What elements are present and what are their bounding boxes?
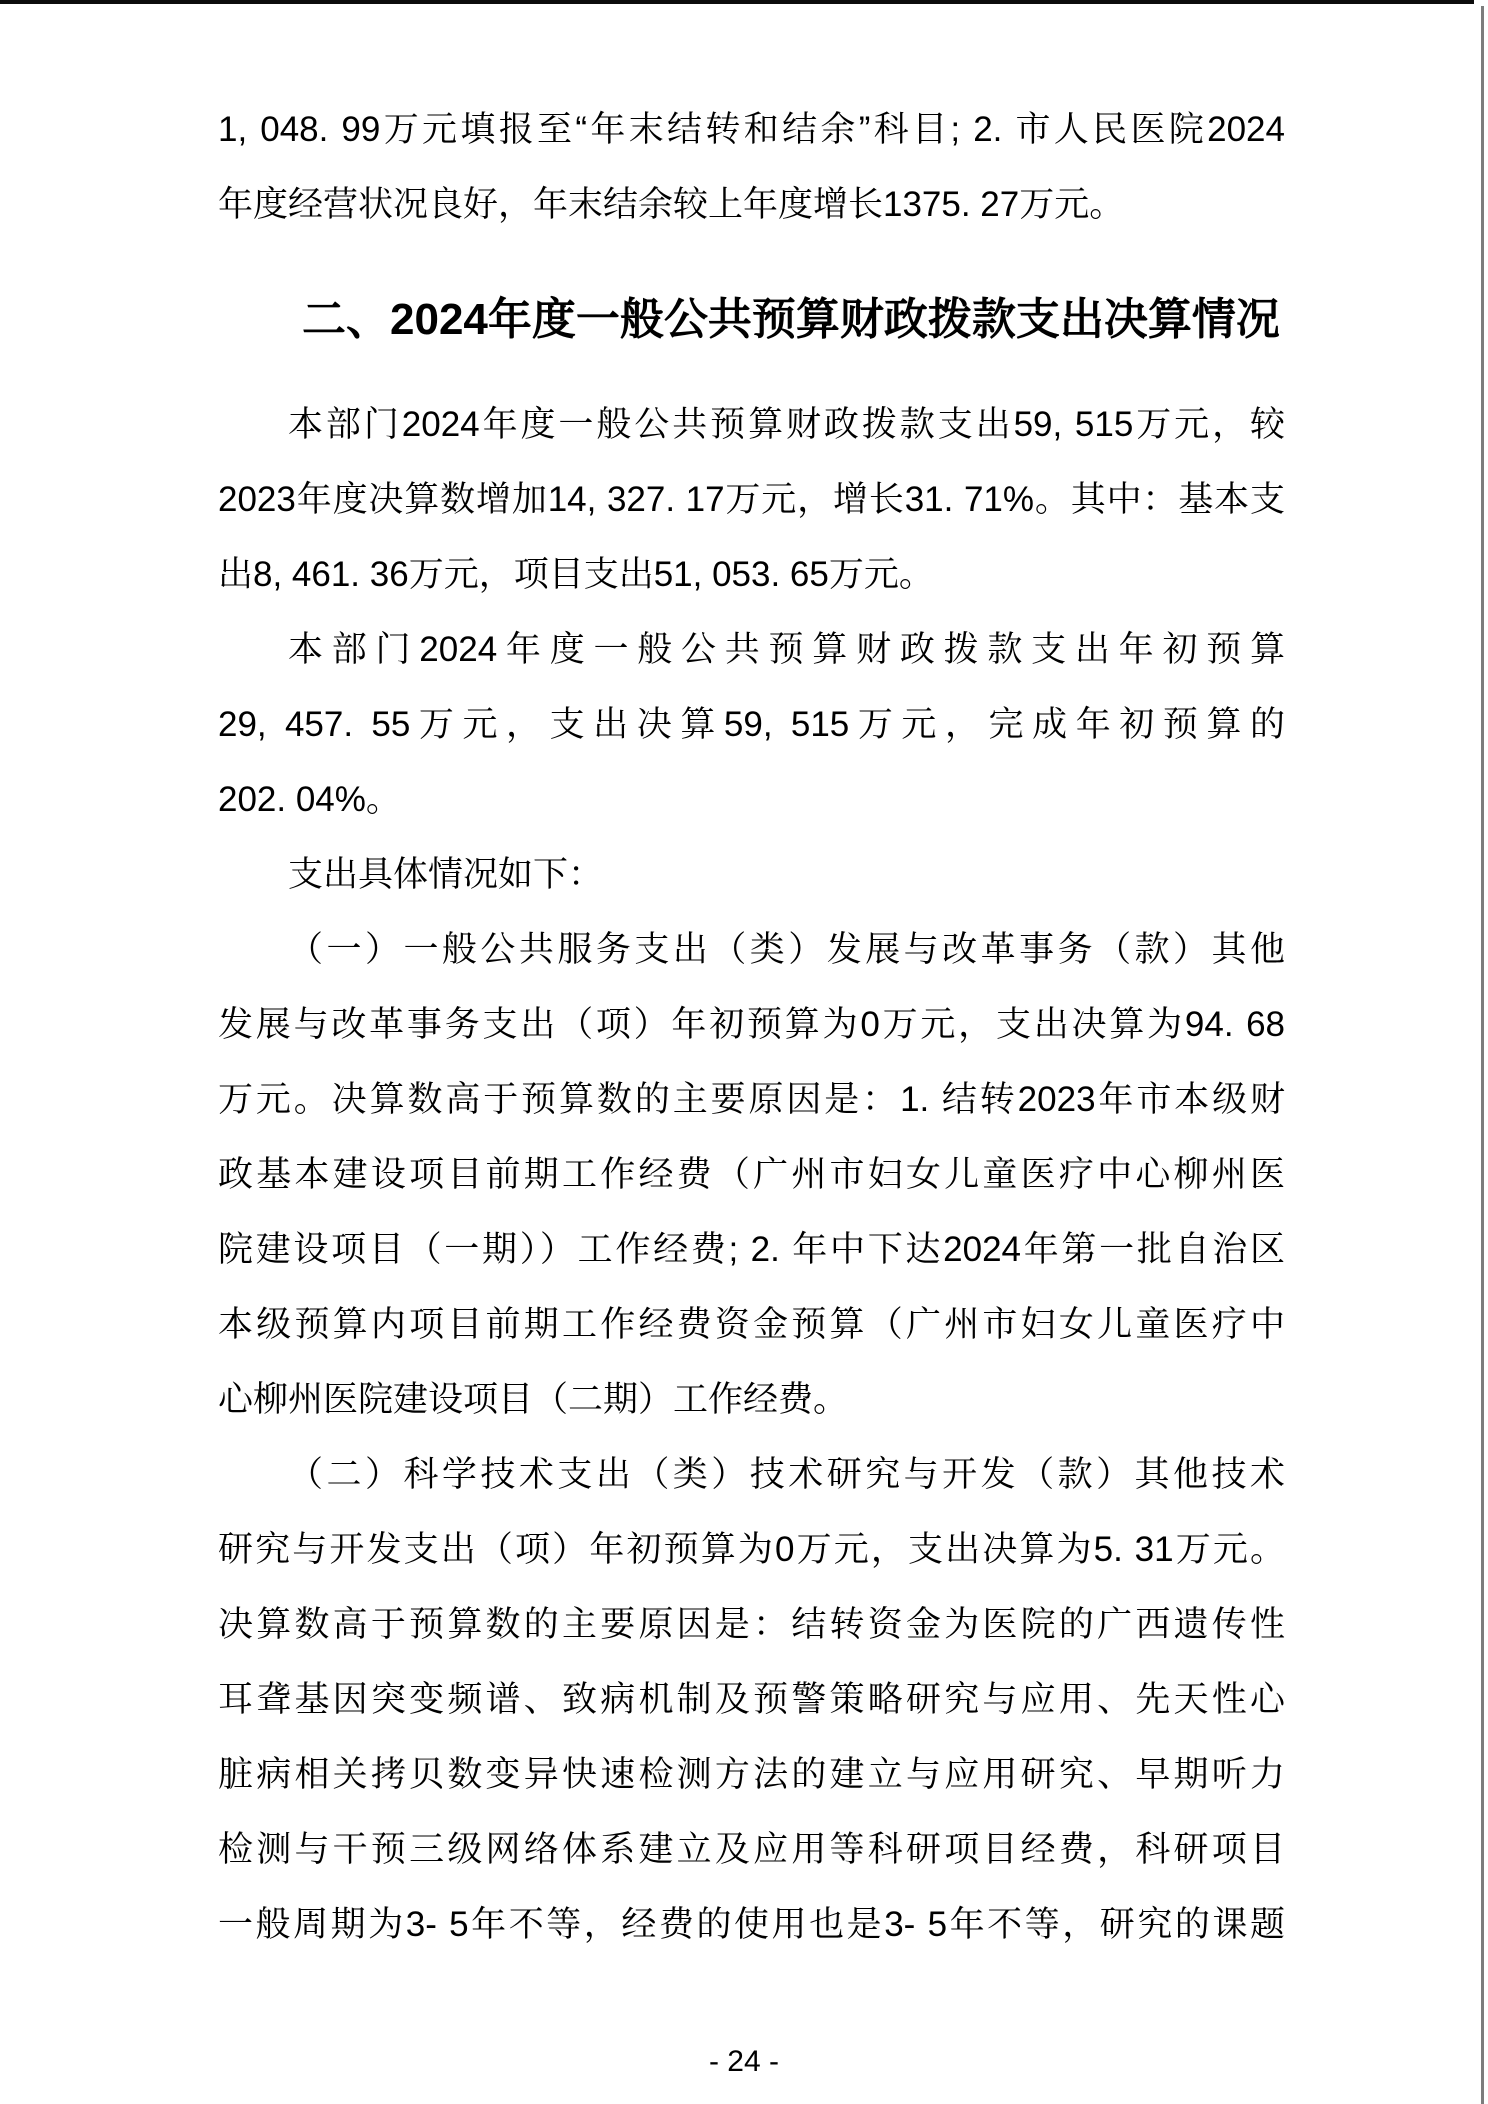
paragraph-line: 2023年度决算数增加14, 327. 17万元，增长31. 71%。其中：基本… bbox=[218, 462, 1285, 537]
paragraph-line: 研究与开发支出（项）年初预算为0万元，支出决算为5. 31万元。 bbox=[218, 1512, 1285, 1587]
paragraph-line: 心柳州医院建设项目（二期）工作经费。 bbox=[218, 1362, 1285, 1437]
paragraph-line: 决算数高于预算数的主要原因是：结转资金为医院的广西遗传性 bbox=[218, 1587, 1285, 1662]
paragraph-line: 202. 04%。 bbox=[218, 762, 1285, 837]
paragraph-line: 出8, 461. 36万元，项目支出51, 053. 65万元。 bbox=[218, 537, 1285, 612]
document-page: 1, 048. 99万元填报至“年末结转和结余”科目; 2. 市人民医院2024… bbox=[0, 0, 1488, 2104]
paragraph-line: 院建设项目（一期））工作经费; 2. 年中下达2024年第一批自治区 bbox=[218, 1212, 1285, 1287]
paragraph-line: 一般周期为3- 5年不等，经费的使用也是3- 5年不等，研究的课题 bbox=[218, 1887, 1285, 1962]
paragraph-line: （一）一般公共服务支出（类）发展与改革事务（款）其他 bbox=[218, 912, 1285, 987]
paragraph-line: 29, 457. 55万元，支出决算59, 515万元，完成年初预算的 bbox=[218, 687, 1285, 762]
paragraph-line: （二）科学技术支出（类）技术研究与开发（款）其他技术 bbox=[218, 1437, 1285, 1512]
paragraph-line: 本级预算内项目前期工作经费资金预算（广州市妇女儿童医疗中 bbox=[218, 1287, 1285, 1362]
right-border-rule bbox=[1481, 6, 1484, 2104]
paragraph-line: 发展与改革事务支出（项）年初预算为0万元，支出决算为94. 68 bbox=[218, 987, 1285, 1062]
paragraph: （一）一般公共服务支出（类）发展与改革事务（款）其他发展与改革事务支出（项）年初… bbox=[218, 912, 1285, 1437]
paragraph: （二）科学技术支出（类）技术研究与开发（款）其他技术研究与开发支出（项）年初预算… bbox=[218, 1437, 1285, 1962]
section-heading: 二、2024年度一般公共预算财政拨款支出决算情况 bbox=[218, 282, 1285, 357]
paragraph-line: 耳聋基因突变频谱、致病机制及预警策略研究与应用、先天性心 bbox=[218, 1662, 1285, 1737]
paragraph-line: 支出具体情况如下： bbox=[218, 837, 1285, 912]
paragraph-line: 政基本建设项目前期工作经费（广州市妇女儿童医疗中心柳州医 bbox=[218, 1137, 1285, 1212]
paragraph: 1, 048. 99万元填报至“年末结转和结余”科目; 2. 市人民医院2024… bbox=[218, 92, 1285, 242]
page-footer: - 24 - bbox=[0, 2042, 1488, 2082]
paragraph-line: 脏病相关拷贝数变异快速检测方法的建立与应用研究、早期听力 bbox=[218, 1737, 1285, 1812]
document-body: 1, 048. 99万元填报至“年末结转和结余”科目; 2. 市人民医院2024… bbox=[218, 92, 1285, 1962]
paragraph-line: 年度经营状况良好，年末结余较上年度增长1375. 27万元。 bbox=[218, 167, 1285, 242]
paragraph-line: 1, 048. 99万元填报至“年末结转和结余”科目; 2. 市人民医院2024 bbox=[218, 92, 1285, 167]
paragraph-line: 本部门2024年度一般公共预算财政拨款支出59, 515万元，较 bbox=[218, 387, 1285, 462]
paragraph: 本部门2024年度一般公共预算财政拨款支出年初预算29, 457. 55万元，支… bbox=[218, 612, 1285, 837]
paragraph-line: 本部门2024年度一般公共预算财政拨款支出年初预算 bbox=[218, 612, 1285, 687]
paragraph: 支出具体情况如下： bbox=[218, 837, 1285, 912]
paragraph-line: 检测与干预三级网络体系建立及应用等科研项目经费，科研项目 bbox=[218, 1812, 1285, 1887]
page-number: - 24 - bbox=[709, 2045, 779, 2078]
paragraph-line: 万元。决算数高于预算数的主要原因是：1. 结转2023年市本级财 bbox=[218, 1062, 1285, 1137]
top-border-rule bbox=[0, 0, 1474, 4]
paragraph: 本部门2024年度一般公共预算财政拨款支出59, 515万元，较2023年度决算… bbox=[218, 387, 1285, 612]
